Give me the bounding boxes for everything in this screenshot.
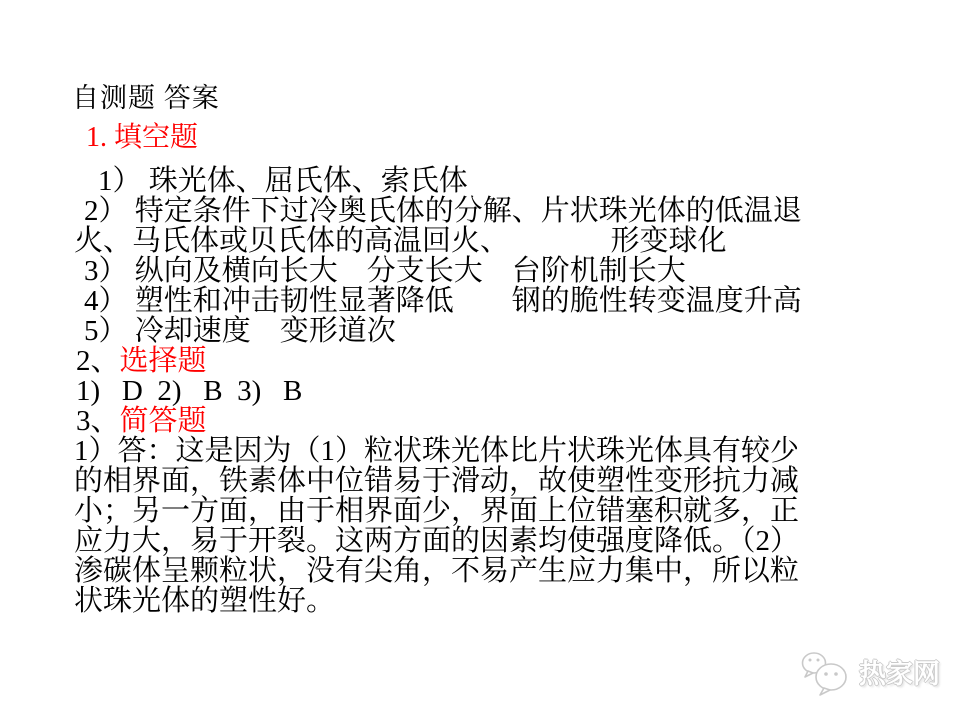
fill-answer-line-2: 2） 特定条件下过冷奥氏体的分解、片状珠光体的低温退 xyxy=(0,196,960,226)
short-answer-line-6: 状珠光体的塑性好。 xyxy=(0,586,960,616)
section-heading-choice-label: 选择题 xyxy=(120,345,207,377)
section-heading-short-answer-number: 3、 xyxy=(76,405,120,437)
short-answer-line-3: 小；另一方面，由于相界面少，界面上位错塞积就多，正 xyxy=(0,496,960,526)
fill-answer-line-4: 4） 塑性和冲击韧性显著降低 钢的脆性转变温度升高 xyxy=(0,286,960,316)
section-heading-choice-number: 2、 xyxy=(76,345,120,377)
section-heading-fill: 1. 填空题 xyxy=(0,124,960,152)
watermark-text: 热家网 xyxy=(859,661,940,688)
section-heading-short-answer-label: 简答题 xyxy=(120,405,207,437)
watermark: 热家网 xyxy=(800,650,940,698)
answers-body: 1） 珠光体、屈氏体、索氏体 2） 特定条件下过冷奥氏体的分解、片状珠光体的低温… xyxy=(0,166,960,616)
section-heading-choice: 2、选择题 xyxy=(0,346,960,376)
chat-bubbles-icon xyxy=(800,650,852,698)
short-answer-line-2: 的相界面，铁素体中位错易于滑动，故使塑性变形抗力减 xyxy=(0,466,960,496)
short-answer-line-5: 渗碳体呈颗粒状，没有尖角，不易产生应力集中，所以粒 xyxy=(0,556,960,586)
fill-answer-line-3: 3） 纵向及横向长大 分支长大 台阶机制长大 xyxy=(0,256,960,286)
short-answer-line-4: 应力大，易于开裂。这两方面的因素均使强度降低。（2） xyxy=(0,526,960,556)
short-answer-line-1: 1）答：这是因为（1）粒状珠光体比片状珠光体具有较少 xyxy=(0,436,960,466)
fill-answer-line-2-wrap: 火、马氏体或贝氏体的高温回火、 形变球化 xyxy=(0,226,960,256)
choice-answers-line: 1) D 2) B 3) B xyxy=(0,376,960,406)
section-heading-short-answer: 3、简答题 xyxy=(0,406,960,436)
fill-answer-line-1: 1） 珠光体、屈氏体、索氏体 xyxy=(0,166,960,196)
fill-answer-line-5: 5） 冷却速度 变形道次 xyxy=(0,316,960,346)
page-title: 自测题 答案 xyxy=(0,84,960,112)
slide: 自测题 答案 1. 填空题 1） 珠光体、屈氏体、索氏体 2） 特定条件下过冷奥… xyxy=(0,0,960,720)
